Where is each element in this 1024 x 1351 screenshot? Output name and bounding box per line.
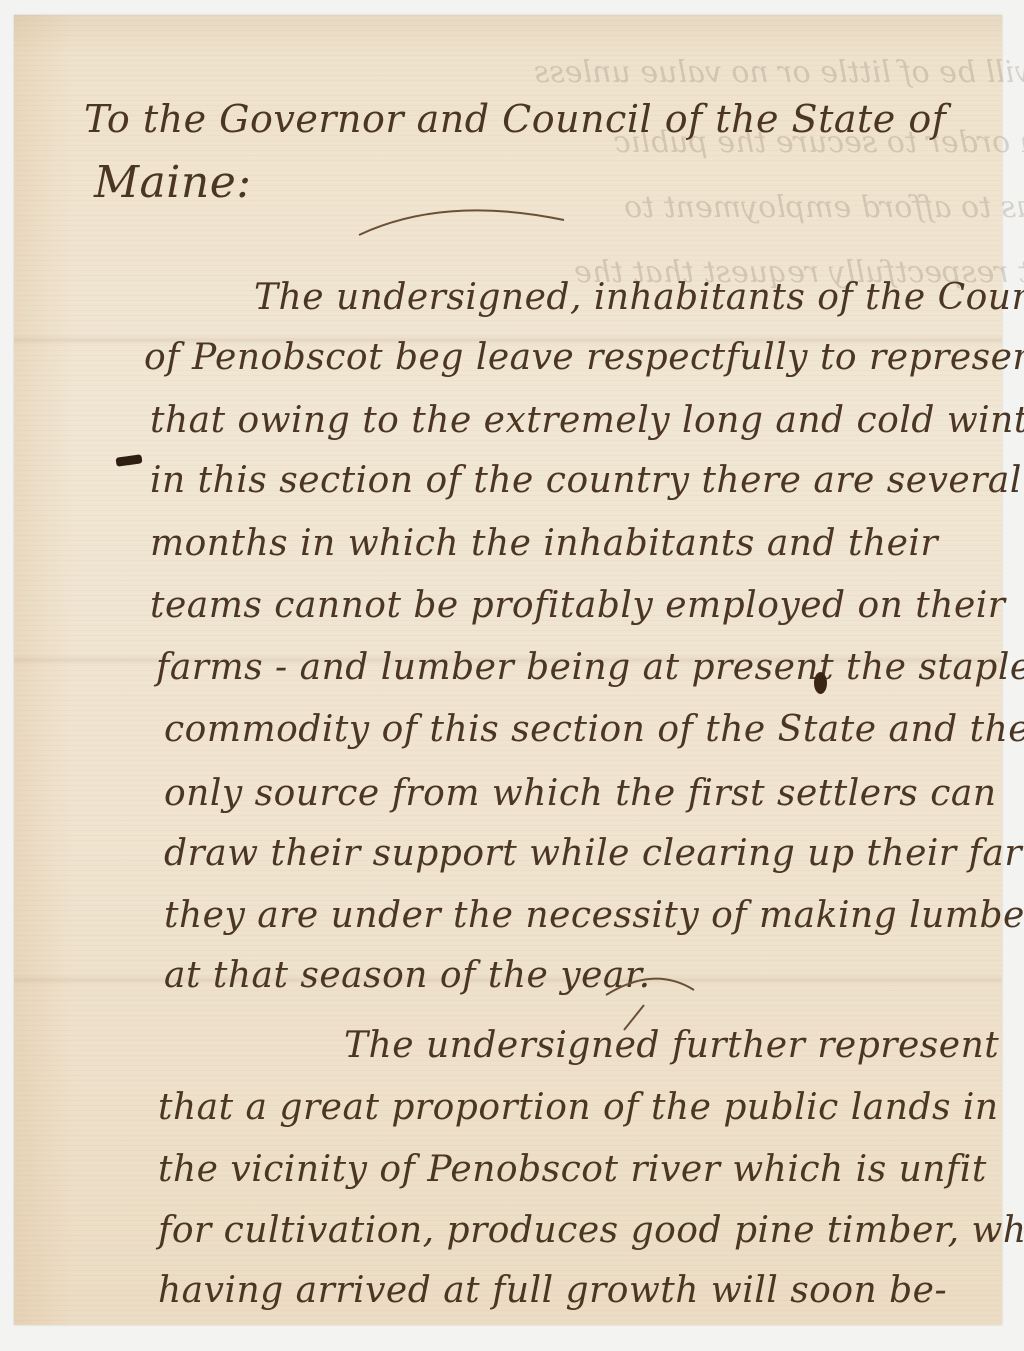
paragraph-2-line: having arrived at full growth will soon … xyxy=(158,1270,947,1311)
salutation-line-2: Maine: xyxy=(94,157,252,208)
paragraph-2-line: The undersigned further represent xyxy=(344,1025,999,1066)
margin-ink-mark xyxy=(116,454,143,467)
document-page: will be of little or no value unless the… xyxy=(14,15,1002,1325)
paragraph-1-line: commodity of this section of the State a… xyxy=(164,709,1024,750)
paragraph-1-line: The undersigned, inhabitants of the Coun… xyxy=(254,277,1024,318)
paragraph-1-line: months in which the inhabitants and thei… xyxy=(150,523,938,564)
salutation-line-1: To the Governor and Council of the State… xyxy=(84,97,946,141)
bleed-through-text: will be of little or no value unless xyxy=(534,55,1024,90)
paragraph-1-line: at that season of the year. xyxy=(164,955,651,996)
paragraph-1-line: they are under the necessity of making l… xyxy=(164,895,1024,936)
ink-blot xyxy=(814,672,827,694)
paragraph-1-line: that owing to the extremely long and col… xyxy=(150,400,1024,441)
paragraph-1-line: teams cannot be profitably employed on t… xyxy=(150,585,1005,626)
paragraph-1-line: draw their support while clearing up the… xyxy=(164,833,1024,874)
flourish-divider xyxy=(354,200,574,240)
paragraph-1-line: only source from which the first settler… xyxy=(164,773,997,814)
paragraph-2-line: the vicinity of Penobscot river which is… xyxy=(158,1149,987,1190)
paragraph-1-line: in this section of the country there are… xyxy=(150,460,1022,501)
paragraph-2-line: for cultivation, produces good pine timb… xyxy=(158,1210,1024,1251)
paragraph-1-line: farms - and lumber being at present the … xyxy=(156,647,1024,688)
paragraph-2-line: that a great proportion of the public la… xyxy=(158,1087,999,1128)
bleed-through-text: as well as to afford employment to xyxy=(624,190,1024,225)
paragraph-1-line: of Penobscot beg leave respectfully to r… xyxy=(144,337,1024,378)
